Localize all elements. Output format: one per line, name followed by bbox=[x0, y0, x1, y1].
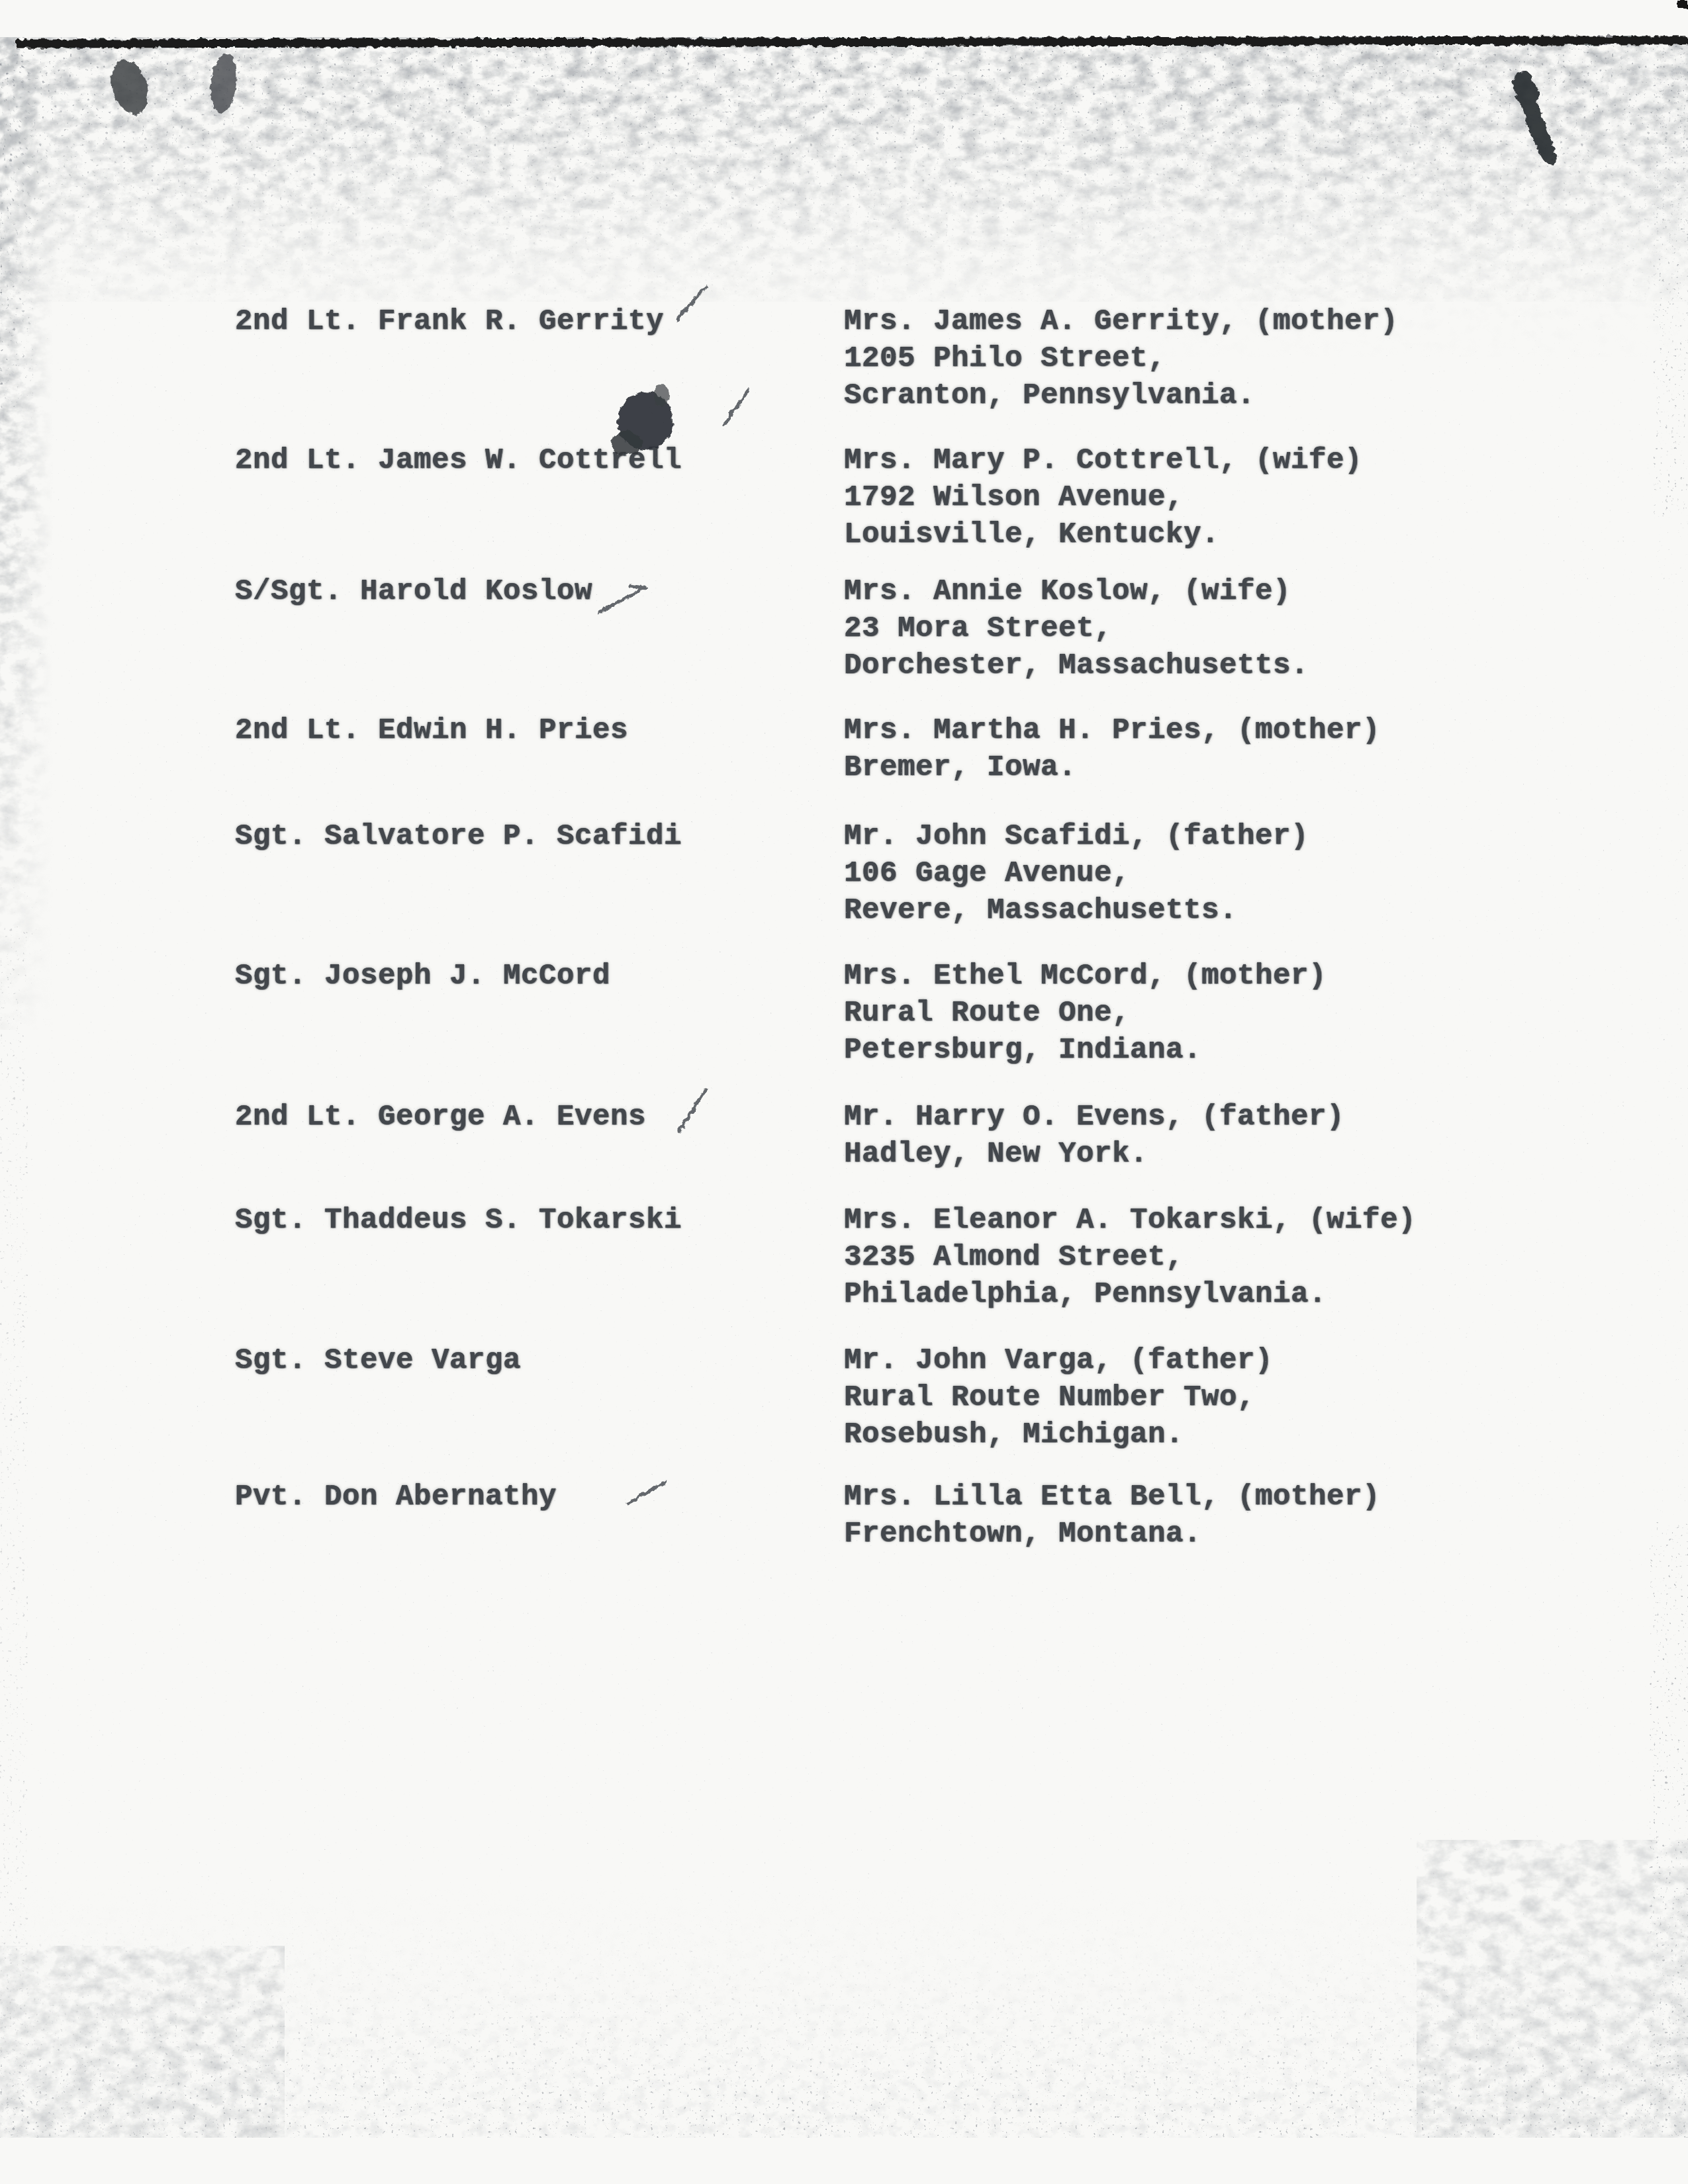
next-of-kin-line: 23 Mora Street, bbox=[844, 610, 1309, 647]
next-of-kin-block: Mrs. Martha H. Pries, (mother) Bremer, I… bbox=[844, 712, 1380, 786]
next-of-kin-block: Mrs. Eleanor A. Tokarski, (wife) 3235 Al… bbox=[844, 1202, 1416, 1313]
next-of-kin-line: Mrs. Annie Koslow, (wife) bbox=[844, 573, 1309, 610]
service-member-name: Sgt. Salvatore P. Scafidi bbox=[235, 818, 682, 855]
service-member-name: Pvt. Don Abernathy bbox=[235, 1479, 557, 1516]
next-of-kin-block: Mr. John Varga, (father) Rural Route Num… bbox=[844, 1342, 1273, 1453]
next-of-kin-block: Mrs. Annie Koslow, (wife) 23 Mora Street… bbox=[844, 573, 1309, 684]
next-of-kin-line: Mrs. Mary P. Cottrell, (wife) bbox=[844, 442, 1362, 479]
next-of-kin-line: Hadley, New York. bbox=[844, 1136, 1344, 1173]
next-of-kin-block: Mrs. Ethel McCord, (mother) Rural Route … bbox=[844, 958, 1327, 1069]
next-of-kin-line: Rural Route Number Two, bbox=[844, 1379, 1273, 1416]
next-of-kin-line: Mr. Harry O. Evens, (father) bbox=[844, 1099, 1344, 1136]
next-of-kin-line: Philadelphia, Pennsylvania. bbox=[844, 1276, 1416, 1313]
service-member-name: S/Sgt. Harold Koslow bbox=[235, 573, 592, 610]
next-of-kin-line: Frenchtown, Montana. bbox=[844, 1516, 1380, 1553]
next-of-kin-line: Mr. John Scafidi, (father) bbox=[844, 818, 1309, 855]
service-member-name: Sgt. Thaddeus S. Tokarski bbox=[235, 1202, 682, 1239]
next-of-kin-line: Louisville, Kentucky. bbox=[844, 516, 1362, 553]
next-of-kin-line: 1792 Wilson Avenue, bbox=[844, 479, 1362, 516]
service-member-name: 2nd Lt. George A. Evens bbox=[235, 1099, 646, 1136]
next-of-kin-line: Bremer, Iowa. bbox=[844, 749, 1380, 786]
next-of-kin-line: Revere, Massachusetts. bbox=[844, 892, 1309, 929]
service-member-name: Sgt. Joseph J. McCord bbox=[235, 958, 610, 995]
next-of-kin-line: Rosebush, Michigan. bbox=[844, 1416, 1273, 1453]
next-of-kin-line: 1205 Philo Street, bbox=[844, 340, 1398, 377]
next-of-kin-block: Mrs. Mary P. Cottrell, (wife) 1792 Wilso… bbox=[844, 442, 1362, 553]
next-of-kin-line: Rural Route One, bbox=[844, 995, 1327, 1032]
next-of-kin-block: Mr. Harry O. Evens, (father) Hadley, New… bbox=[844, 1099, 1344, 1173]
next-of-kin-line: 106 Gage Avenue, bbox=[844, 855, 1309, 892]
service-member-name: Sgt. Steve Varga bbox=[235, 1342, 521, 1379]
next-of-kin-line: Mrs. Lilla Etta Bell, (mother) bbox=[844, 1479, 1380, 1516]
next-of-kin-block: Mrs. James A. Gerrity, (mother) 1205 Phi… bbox=[844, 303, 1398, 414]
next-of-kin-block: Mr. John Scafidi, (father) 106 Gage Aven… bbox=[844, 818, 1309, 929]
next-of-kin-line: Petersburg, Indiana. bbox=[844, 1032, 1327, 1069]
next-of-kin-line: Mrs. Martha H. Pries, (mother) bbox=[844, 712, 1380, 749]
service-member-name: 2nd Lt. Edwin H. Pries bbox=[235, 712, 628, 749]
next-of-kin-line: Scranton, Pennsylvania. bbox=[844, 377, 1398, 414]
scanned-document-page: 2nd Lt. Frank R. Gerrity Mrs. James A. G… bbox=[0, 0, 1688, 2184]
typed-text-layer: 2nd Lt. Frank R. Gerrity Mrs. James A. G… bbox=[0, 0, 1688, 2184]
next-of-kin-line: Mrs. Ethel McCord, (mother) bbox=[844, 958, 1327, 995]
next-of-kin-line: Mr. John Varga, (father) bbox=[844, 1342, 1273, 1379]
service-member-name: 2nd Lt. James W. Cottrell bbox=[235, 442, 682, 479]
service-member-name: 2nd Lt. Frank R. Gerrity bbox=[235, 303, 664, 340]
next-of-kin-line: Mrs. James A. Gerrity, (mother) bbox=[844, 303, 1398, 340]
next-of-kin-block: Mrs. Lilla Etta Bell, (mother) Frenchtow… bbox=[844, 1479, 1380, 1553]
next-of-kin-line: Mrs. Eleanor A. Tokarski, (wife) bbox=[844, 1202, 1416, 1239]
next-of-kin-line: 3235 Almond Street, bbox=[844, 1239, 1416, 1276]
next-of-kin-line: Dorchester, Massachusetts. bbox=[844, 647, 1309, 684]
